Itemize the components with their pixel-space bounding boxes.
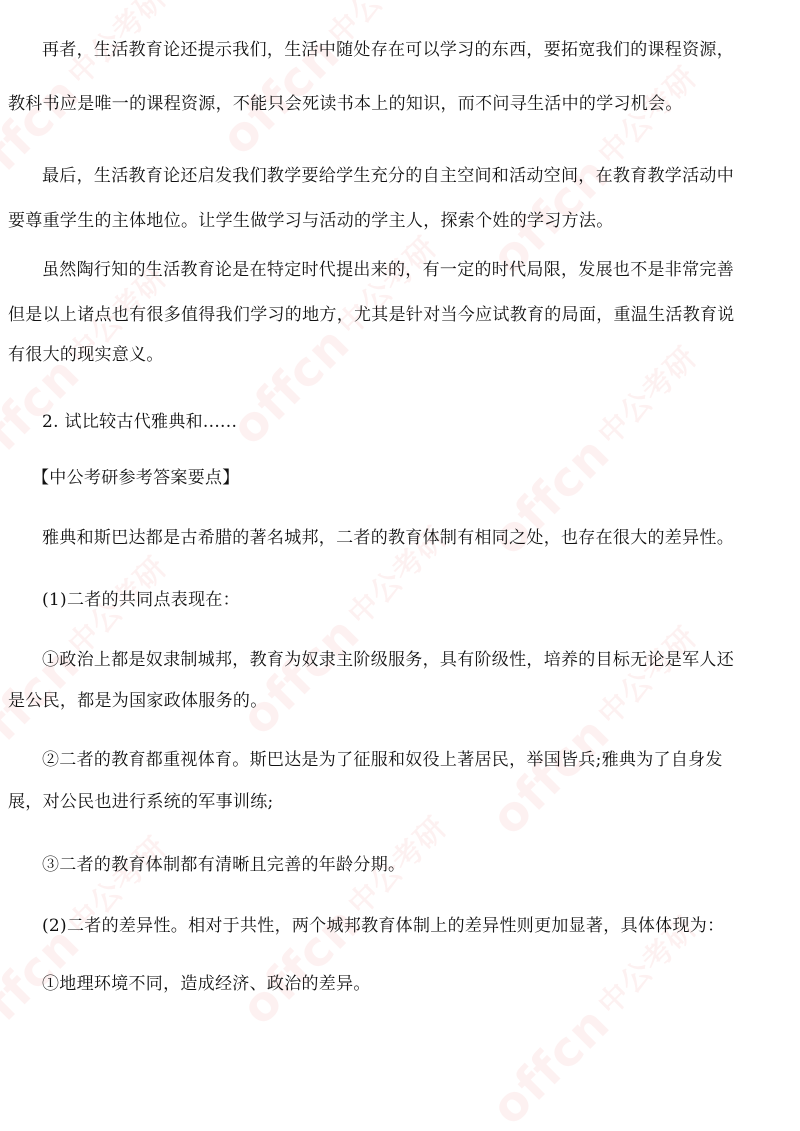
section-heading: (1)二者的共同点表现在： (42, 590, 240, 610)
text-line: 雅典和斯巴达都是古希腊的著名城邦，二者的教育体制有相同之处，也存在很大的差异性。 (42, 528, 734, 548)
text-line: 教科书应是唯一的课程资源，不能只会死读书本上的知识，而不问寻生活中的学习机会。 (8, 94, 683, 114)
watermark: offcn中公考研 (220, 224, 452, 456)
text-line: 要尊重学生的主体地位。让学生做学习与活动的学主人，探索个姓的学习方法。 (8, 211, 614, 231)
text-line: 但是以上诸点也有很多值得我们学习的地方，尤其是针对当今应试教育的局面，重温生活教… (8, 305, 735, 325)
text-line: 虽然陶行知的生活教育论是在特定时代提出来的，有一定的时代局限，发展也不是非常完善 (42, 260, 734, 280)
answer-heading: 【中公考研参考答案要点】 (32, 468, 240, 488)
text-line: ①地理环境不同，造成经济、政治的差异。 (42, 974, 371, 994)
text-line: ①政治上都是奴隶制城邦，教育为奴隶主阶级服务，具有阶级性，培养的目标无论是军人还 (42, 650, 734, 670)
watermark: offcn中公考研 (0, 254, 183, 486)
question-heading: 2. 试比较古代雅典和...... (42, 412, 237, 432)
watermark: offcn中公考研 (230, 514, 462, 746)
text-line: ②二者的教育都重视体育。斯巴达是为了征服和奴役上著居民，举国皆兵;雅典为了自身发 (42, 750, 723, 770)
text-line: 展，对公民也进行系统的军事训练; (8, 792, 274, 812)
text-line: 最后，生活教育论还启发我们教学要给学生充分的自主空间和活动空间，在教育教学活动中 (42, 166, 734, 186)
watermark: offcn中公考研 (480, 614, 712, 846)
section-heading: (2)二者的差异性。相对于共性，两个城邦教育体制上的差异性则更加显著，具体体现为… (42, 916, 724, 936)
text-line: ③二者的教育体制都有清晰且完善的年龄分期。 (42, 855, 405, 875)
text-line: 是公民，都是为国家政体服务的。 (8, 691, 268, 711)
watermark: offcn中公考研 (480, 904, 712, 1131)
text-line: 再者，生活教育论还提示我们，生活中随处存在可以学习的东西，要拓宽我们的课程资源， (42, 40, 734, 60)
text-line: 有很大的现实意义。 (8, 345, 164, 365)
watermark: offcn中公考研 (210, 0, 442, 166)
